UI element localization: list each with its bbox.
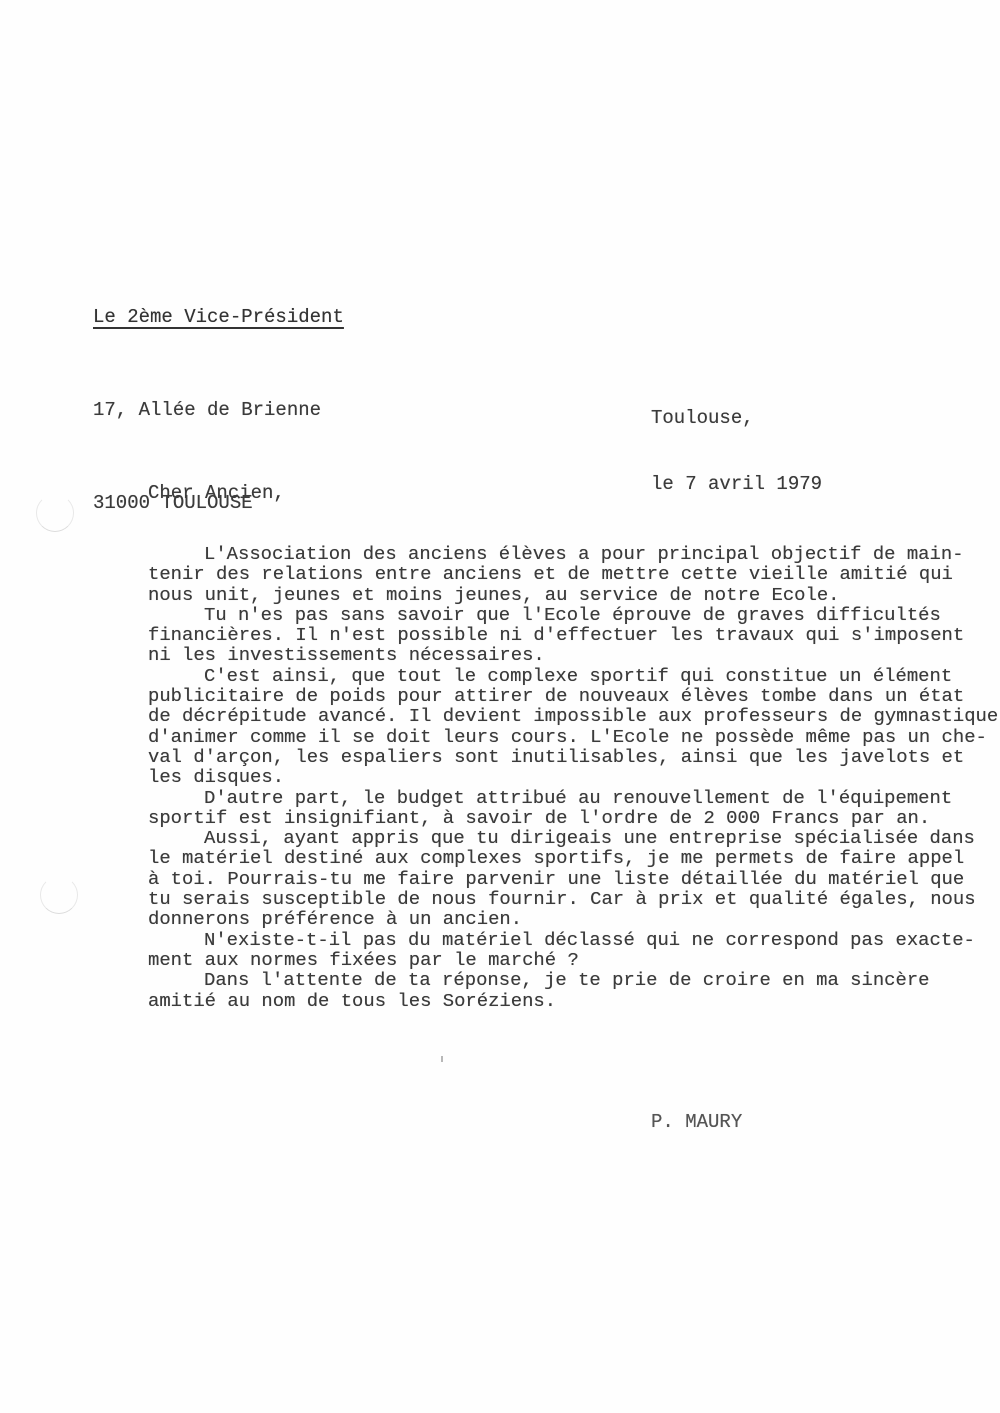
salutation: Cher Ancien, (148, 483, 285, 503)
body-line: tenir des relations entre anciens et de … (148, 564, 998, 584)
body-line: donnerons préférence à un ancien. (148, 909, 998, 929)
body-line: C'est ainsi, que tout le complexe sporti… (148, 666, 998, 686)
letter-page: Le 2ème Vice-Président 17, Allée de Brie… (0, 0, 1000, 1413)
date-block: Toulouse, le 7 avril 1979 (651, 363, 822, 539)
date-place: Toulouse, (651, 407, 822, 429)
letter-body: L'Association des anciens élèves a pour … (148, 544, 998, 1011)
paper-speck (441, 1056, 443, 1062)
body-line: nous unit, jeunes et moins jeunes, au se… (148, 585, 998, 605)
body-line: ni les investissements nécessaires. (148, 645, 998, 665)
body-line: N'existe-t-il pas du matériel déclassé q… (148, 930, 998, 950)
body-line: de décrépitude avancé. Il devient imposs… (148, 706, 998, 726)
date-text: le 7 avril 1979 (651, 473, 822, 495)
punch-hole-bottom (40, 876, 78, 914)
body-line: D'autre part, le budget attribué au reno… (148, 788, 998, 808)
body-line: ment aux normes fixées par le marché ? (148, 950, 998, 970)
body-line: d'animer comme il se doit leurs cours. L… (148, 727, 998, 747)
sender-block: Le 2ème Vice-Président 17, Allée de Brie… (93, 240, 344, 581)
body-line: le matériel destiné aux complexes sporti… (148, 848, 998, 868)
sender-title: Le 2ème Vice-Président (93, 302, 344, 333)
signature: P. MAURY (651, 1112, 742, 1132)
body-line: val d'arçon, les espaliers sont inutilis… (148, 747, 998, 767)
body-line: Tu n'es pas sans savoir que l'Ecole épro… (148, 605, 998, 625)
punch-hole-top (36, 494, 74, 532)
body-line: financières. Il n'est possible ni d'effe… (148, 625, 998, 645)
body-line: les disques. (148, 767, 998, 787)
body-line: Dans l'attente de ta réponse, je te prie… (148, 970, 998, 990)
body-line: publicitaire de poids pour attirer de no… (148, 686, 998, 706)
body-line: sportif est insignifiant, à savoir de l'… (148, 808, 998, 828)
body-line: L'Association des anciens élèves a pour … (148, 544, 998, 564)
body-line: à toi. Pourrais-tu me faire parvenir une… (148, 869, 998, 889)
body-line: tu serais susceptible de nous fournir. C… (148, 889, 998, 909)
body-line: amitié au nom de tous les Soréziens. (148, 991, 998, 1011)
sender-address-line1: 17, Allée de Brienne (93, 395, 344, 426)
body-line: Aussi, ayant appris que tu dirigeais une… (148, 828, 998, 848)
